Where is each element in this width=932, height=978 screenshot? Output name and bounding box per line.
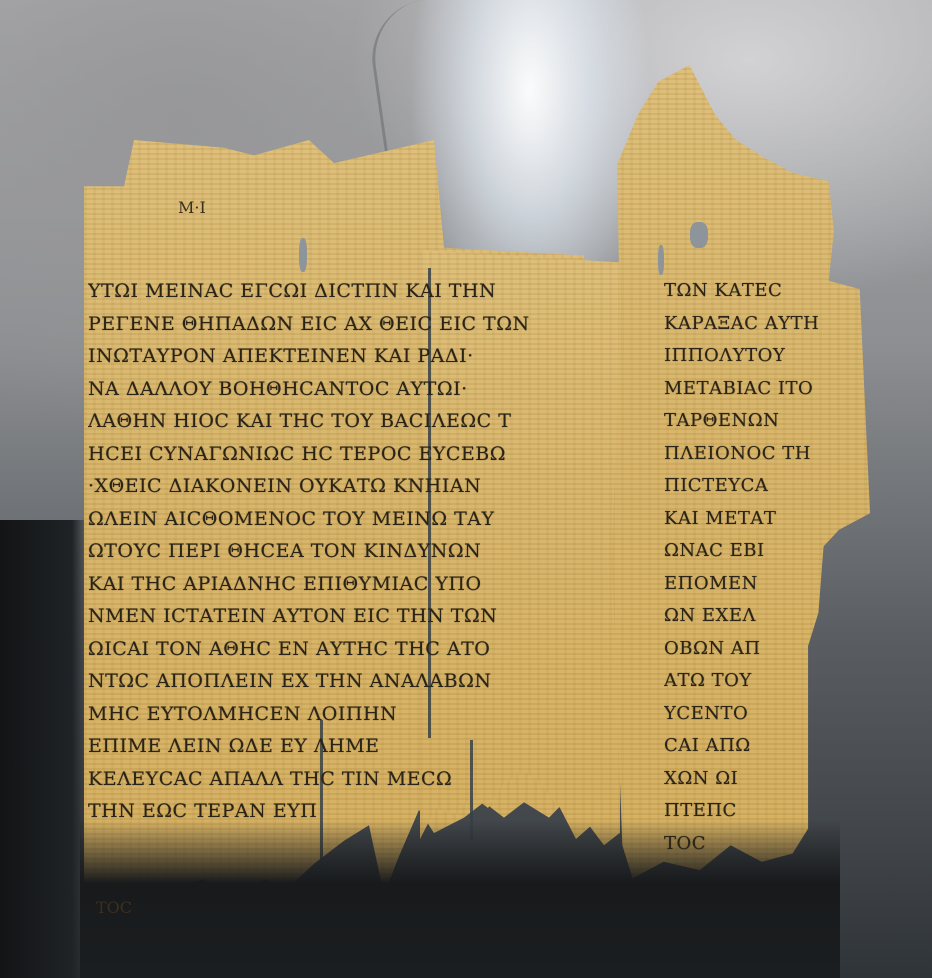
marginal-mark-bottom: ΤΟϹ (96, 898, 132, 917)
text-line: ΚΕΛΕΥϹΑϹ ΑΠΑΛΛ ΤΗϹ ΤΙΝ ΜΕϹΩ (88, 763, 574, 796)
text-line: ΠΙϹΤΕΥϹΑ (664, 470, 840, 503)
text-line: ΛΑΘΗΝ ΗΙΟϹ ΚΑΙ ΤΗϹ ΤΟΥ ΒΑϹΙΛΕΩϹ Τ (88, 405, 574, 438)
text-line: ΚΑΡΑΞΑϹ ΑΥΤΗ (664, 308, 840, 341)
text-line: ΩΝ ΕΧΕΛ (664, 600, 840, 633)
text-line: ΜΗϹ ΕΥΤΟΛΜΗϹΕΝ ΛΟΙΠΗΝ (88, 698, 574, 731)
left-shadow (0, 520, 90, 978)
text-line: ΩΤΟΥϹ ΠΕΡΙ ΘΗϹΕΑ ΤΟΝ ΚΙΝΔΥΝΩΝ (88, 535, 574, 568)
text-line: ΡΕΓΕΝΕ ΘΗΠΑΔΩΝ ΕΙϹ ΑΧ ΘΕΙϹ ΕΙϹ ΤΩΝ (88, 308, 574, 341)
text-line: ΤΗΝ ΕΩϹ ΤΕΡΑΝ ΕΥΠ (88, 795, 574, 828)
text-line: ΑΤΩ ΤΟΥ (664, 665, 840, 698)
papyrus-hole (690, 222, 708, 248)
text-line: ΠΛΕΙΟΝΟϹ ΤΗ (664, 438, 840, 471)
text-line: ΙΝΩΤΑΥΡΟΝ ΑΠΕΚΤΕΙΝΕΝ ΚΑΙ ΡΑΔΙ· (88, 340, 574, 373)
text-line: ΩΙϹΑΙ ΤΟΝ ΑΘΗϹ ΕΝ ΑΥΤΗϹ ΤΗϹ ΑΤΟ (88, 633, 574, 666)
text-line: ΝΑ ΔΑΛΛΟΥ ΒΟΗΘΗϹΑΝΤΟϹ ΑΥΤΩΙ· (88, 373, 574, 406)
text-line: ΤΟϹ (664, 828, 840, 861)
papyrus-hole (658, 245, 664, 275)
text-column-left: ΥΤΩΙ ΜΕΙΝΑϹ ΕΓϹΩΙ ΔΙϹΤΠΝ ΚΑΙ ΤΗΝ ΡΕΓΕΝΕ … (88, 275, 574, 828)
text-line: ϹΑΙ ΑΠΩ (664, 730, 840, 763)
text-line: ΤΑΡΘΕΝΩΝ (664, 405, 840, 438)
text-line: ·ΧΘΕΙϹ ΔΙΑΚΟΝΕΙΝ ΟΥΚΑΤΩ ΚΝΗΙΑΝ (88, 470, 574, 503)
text-line: ΧΩΝ ΩΙ (664, 763, 840, 796)
text-line: ΩΝΑϹ ΕΒΙ (664, 535, 840, 568)
papyrus-hole (299, 238, 307, 272)
text-column-right: ΤΩΝ ΚΑΤΕϹ ΚΑΡΑΞΑϹ ΑΥΤΗ ΙΠΠΟΛΥΤΟΥ ΜΕΤΑΒΙΑ… (664, 275, 840, 860)
text-line: ΝΜΕΝ ΙϹΤΑΤΕΙΝ ΑΥΤΟΝ ΕΙϹ ΤΗΝ ΤΩΝ (88, 600, 574, 633)
text-line: ΩΛΕΙΝ ΑΙϹΘΟΜΕΝΟϹ ΤΟΥ ΜΕΙΝΩ ΤΑΥ (88, 503, 574, 536)
text-line: ΝΤΩϹ ΑΠΟΠΛΕΙΝ ΕΧ ΤΗΝ ΑΝΑΛΑΒΩΝ (88, 665, 574, 698)
text-line: ΜΕΤΑΒΙΑϹ ΙΤΟ (664, 373, 840, 406)
text-line: ΕΠΟΜΕΝ (664, 568, 840, 601)
text-line: ΤΩΝ ΚΑΤΕϹ (664, 275, 840, 308)
text-line: ΕΠΙΜΕ ΛΕΙΝ ΩΔΕ ΕΥ ΛΗΜΕ (88, 730, 574, 763)
text-line: ΚΑΙ ΤΗϹ ΑΡΙΑΔΝΗϹ ΕΠΙΘΥΜΙΑϹ ΥΠΟ (88, 568, 574, 601)
text-line: ΥΤΩΙ ΜΕΙΝΑϹ ΕΓϹΩΙ ΔΙϹΤΠΝ ΚΑΙ ΤΗΝ (88, 275, 574, 308)
text-line: ΟΒΩΝ ΑΠ (664, 633, 840, 666)
text-line: ΠΤΕΠϹ (664, 795, 840, 828)
marginal-mark-top: Μ·Ι (178, 198, 206, 217)
text-line: ΚΑΙ ΜΕΤΑΤ (664, 503, 840, 536)
text-line: ΥϹΕΝΤΟ (664, 698, 840, 731)
text-line: ΗϹΕΙ ϹΥΝΑΓΩΝΙΩϹ ΗϹ ΤΕΡΟϹ ΕΥϹΕΒΩ (88, 438, 574, 471)
text-line: ΙΠΠΟΛΥΤΟΥ (664, 340, 840, 373)
